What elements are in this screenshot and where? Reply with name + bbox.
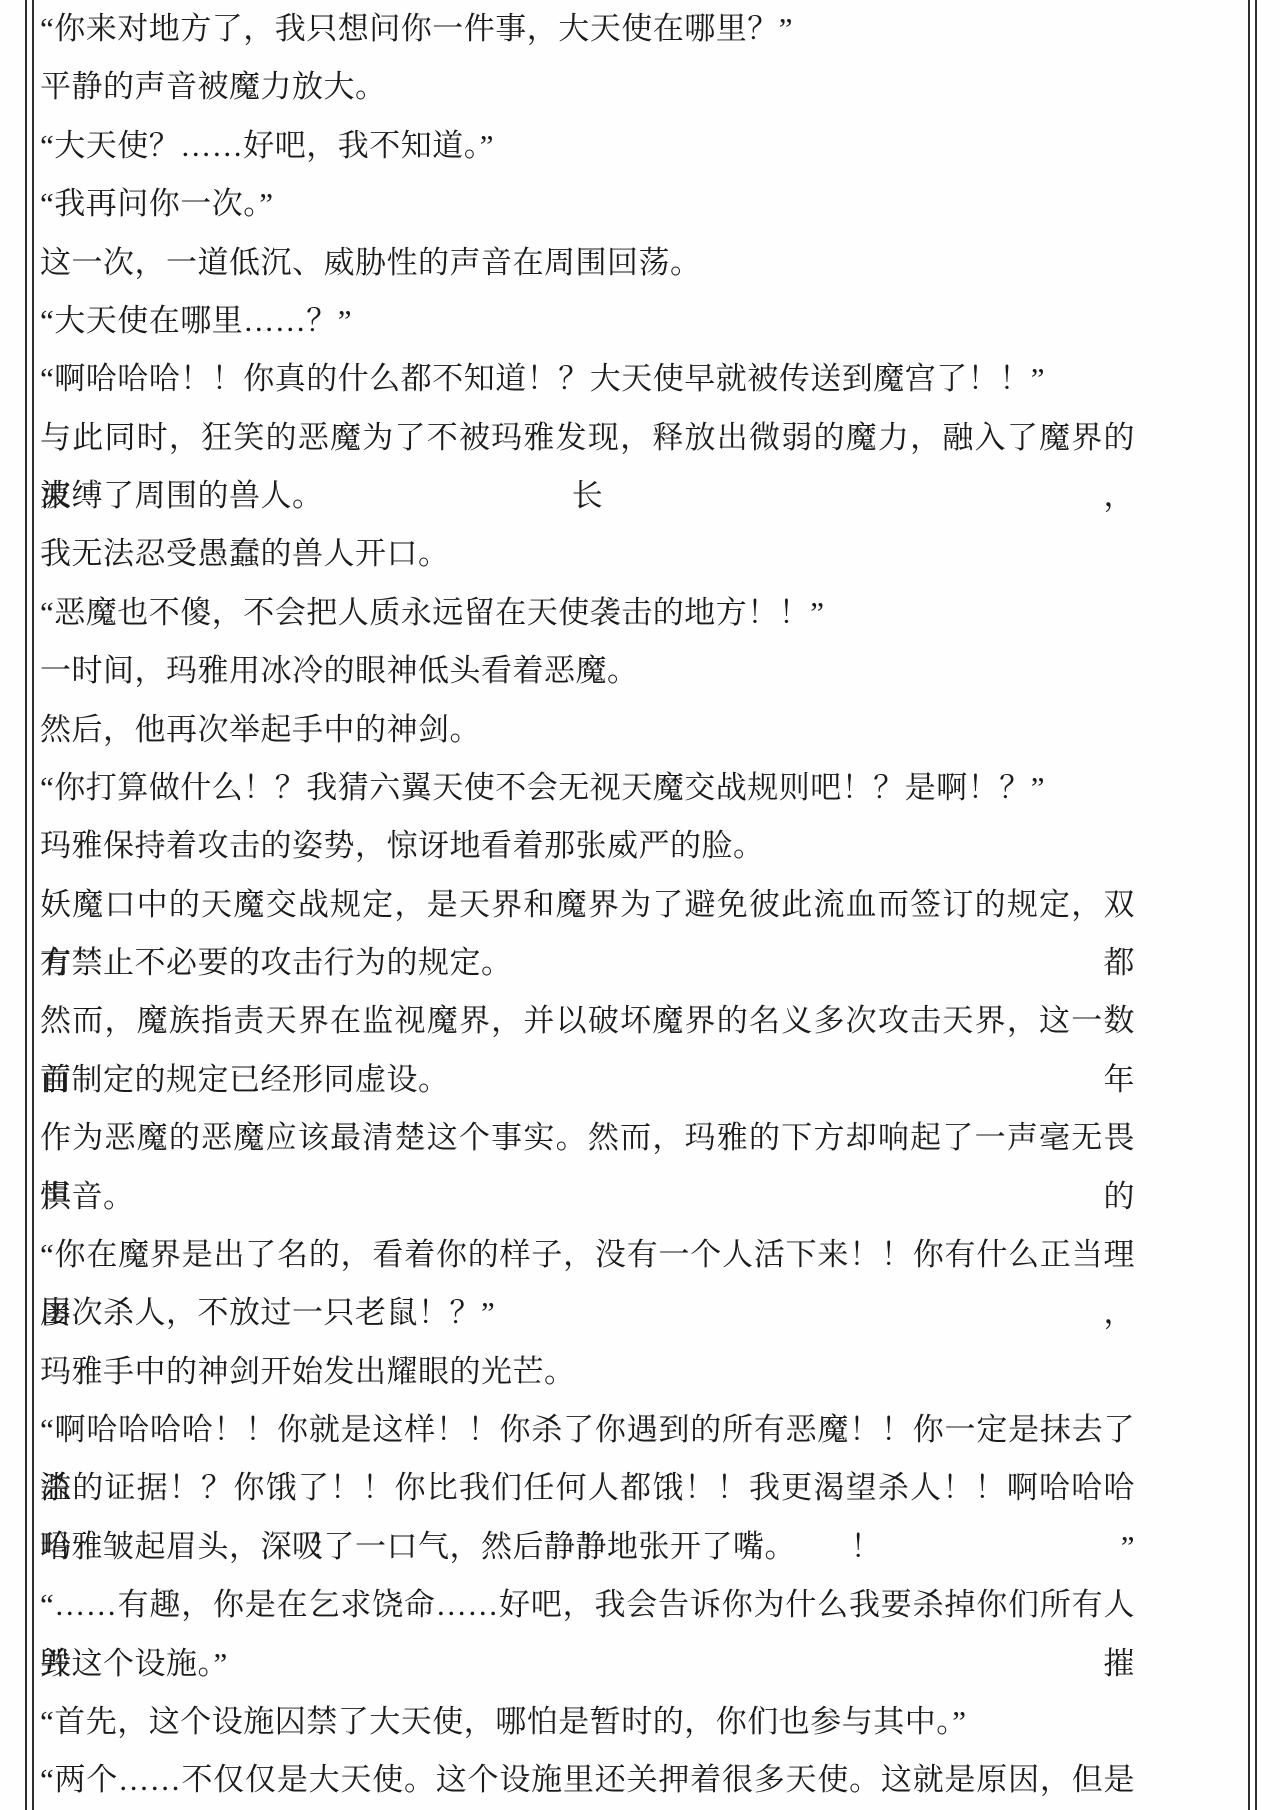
text-line: 玛雅手中的神剑开始发出耀眼的光芒。: [40, 1343, 1135, 1401]
text-line: “大天使在哪里……？”: [40, 292, 1135, 350]
text-line: 这一次，一道低沉、威胁性的声音在周围回荡。: [40, 234, 1135, 292]
left-page-border: [25, 0, 34, 1810]
text-line: 平静的声音被魔力放大。: [40, 58, 1135, 116]
text-line: “……有趣，你是在乞求饶命……好吧，我会告诉你为什么我要杀掉你们所有人并摧: [40, 1576, 1135, 1634]
text-line: 妖魔口中的天魔交战规定，是天界和魔界为了避免彼此流血而签订的规定，双方都: [40, 876, 1135, 934]
text-line: “两个……不仅仅是大天使。这个设施里还关押着很多天使。这就是原因，但是有: [40, 1751, 1135, 1809]
text-line: 杀的证据！？你饿了！！你比我们任何人都饿！！我更渴望杀人！！啊哈哈哈哈！！！”: [40, 1459, 1135, 1517]
text-column: “你来对地方了，我只想问你一件事，大天使在哪里？”平静的声音被魔力放大。“大天使…: [40, 0, 1135, 1810]
text-line: 然而，魔族指责天界在监视魔界，并以破坏魔界的名义多次攻击天界，这一数百年: [40, 992, 1135, 1050]
text-line: 作为恶魔的恶魔应该最清楚这个事实。然而，玛雅的下方却响起了一声毫无畏惧的: [40, 1109, 1135, 1167]
text-line: 与此同时，狂笑的恶魔为了不被玛雅发现，释放出微弱的魔力，融入了魔界的波长，: [40, 409, 1135, 467]
text-line: “首先，这个设施囚禁了大天使，哪怕是暂时的，你们也参与其中。”: [40, 1693, 1135, 1751]
text-line: “大天使？……好吧，我不知道。”: [40, 117, 1135, 175]
text-line: “你打算做什么！？我猜六翼天使不会无视天魔交战规则吧！？是啊！？”: [40, 759, 1135, 817]
text-line: 我无法忍受愚蠢的兽人开口。: [40, 525, 1135, 583]
right-page-border: [1248, 0, 1257, 1810]
text-line: 然后，他再次举起手中的神剑。: [40, 701, 1135, 759]
text-line: “啊哈哈哈！！你真的什么都不知道！？大天使早就被传送到魔宫了！！”: [40, 350, 1135, 408]
text-line: “啊哈哈哈哈！！你就是这样！！你杀了你遇到的所有恶魔！！你一定是抹去了滥: [40, 1401, 1135, 1459]
novel-page: “你来对地方了，我只想问你一件事，大天使在哪里？”平静的声音被魔力放大。“大天使…: [0, 0, 1280, 1810]
text-line: 玛雅保持着攻击的姿势，惊讶地看着那张威严的脸。: [40, 817, 1135, 875]
text-line: “你来对地方了，我只想问你一件事，大天使在哪里？”: [40, 0, 1135, 58]
text-line: 一时间，玛雅用冰冷的眼神低头看着恶魔。: [40, 642, 1135, 700]
text-line: “你在魔界是出了名的，看着你的样子，没有一个人活下来！！你有什么正当理由，: [40, 1226, 1135, 1284]
text-line: “我再问你一次。”: [40, 175, 1135, 233]
text-line: “恶魔也不傻，不会把人质永远留在天使袭击的地方！！”: [40, 584, 1135, 642]
